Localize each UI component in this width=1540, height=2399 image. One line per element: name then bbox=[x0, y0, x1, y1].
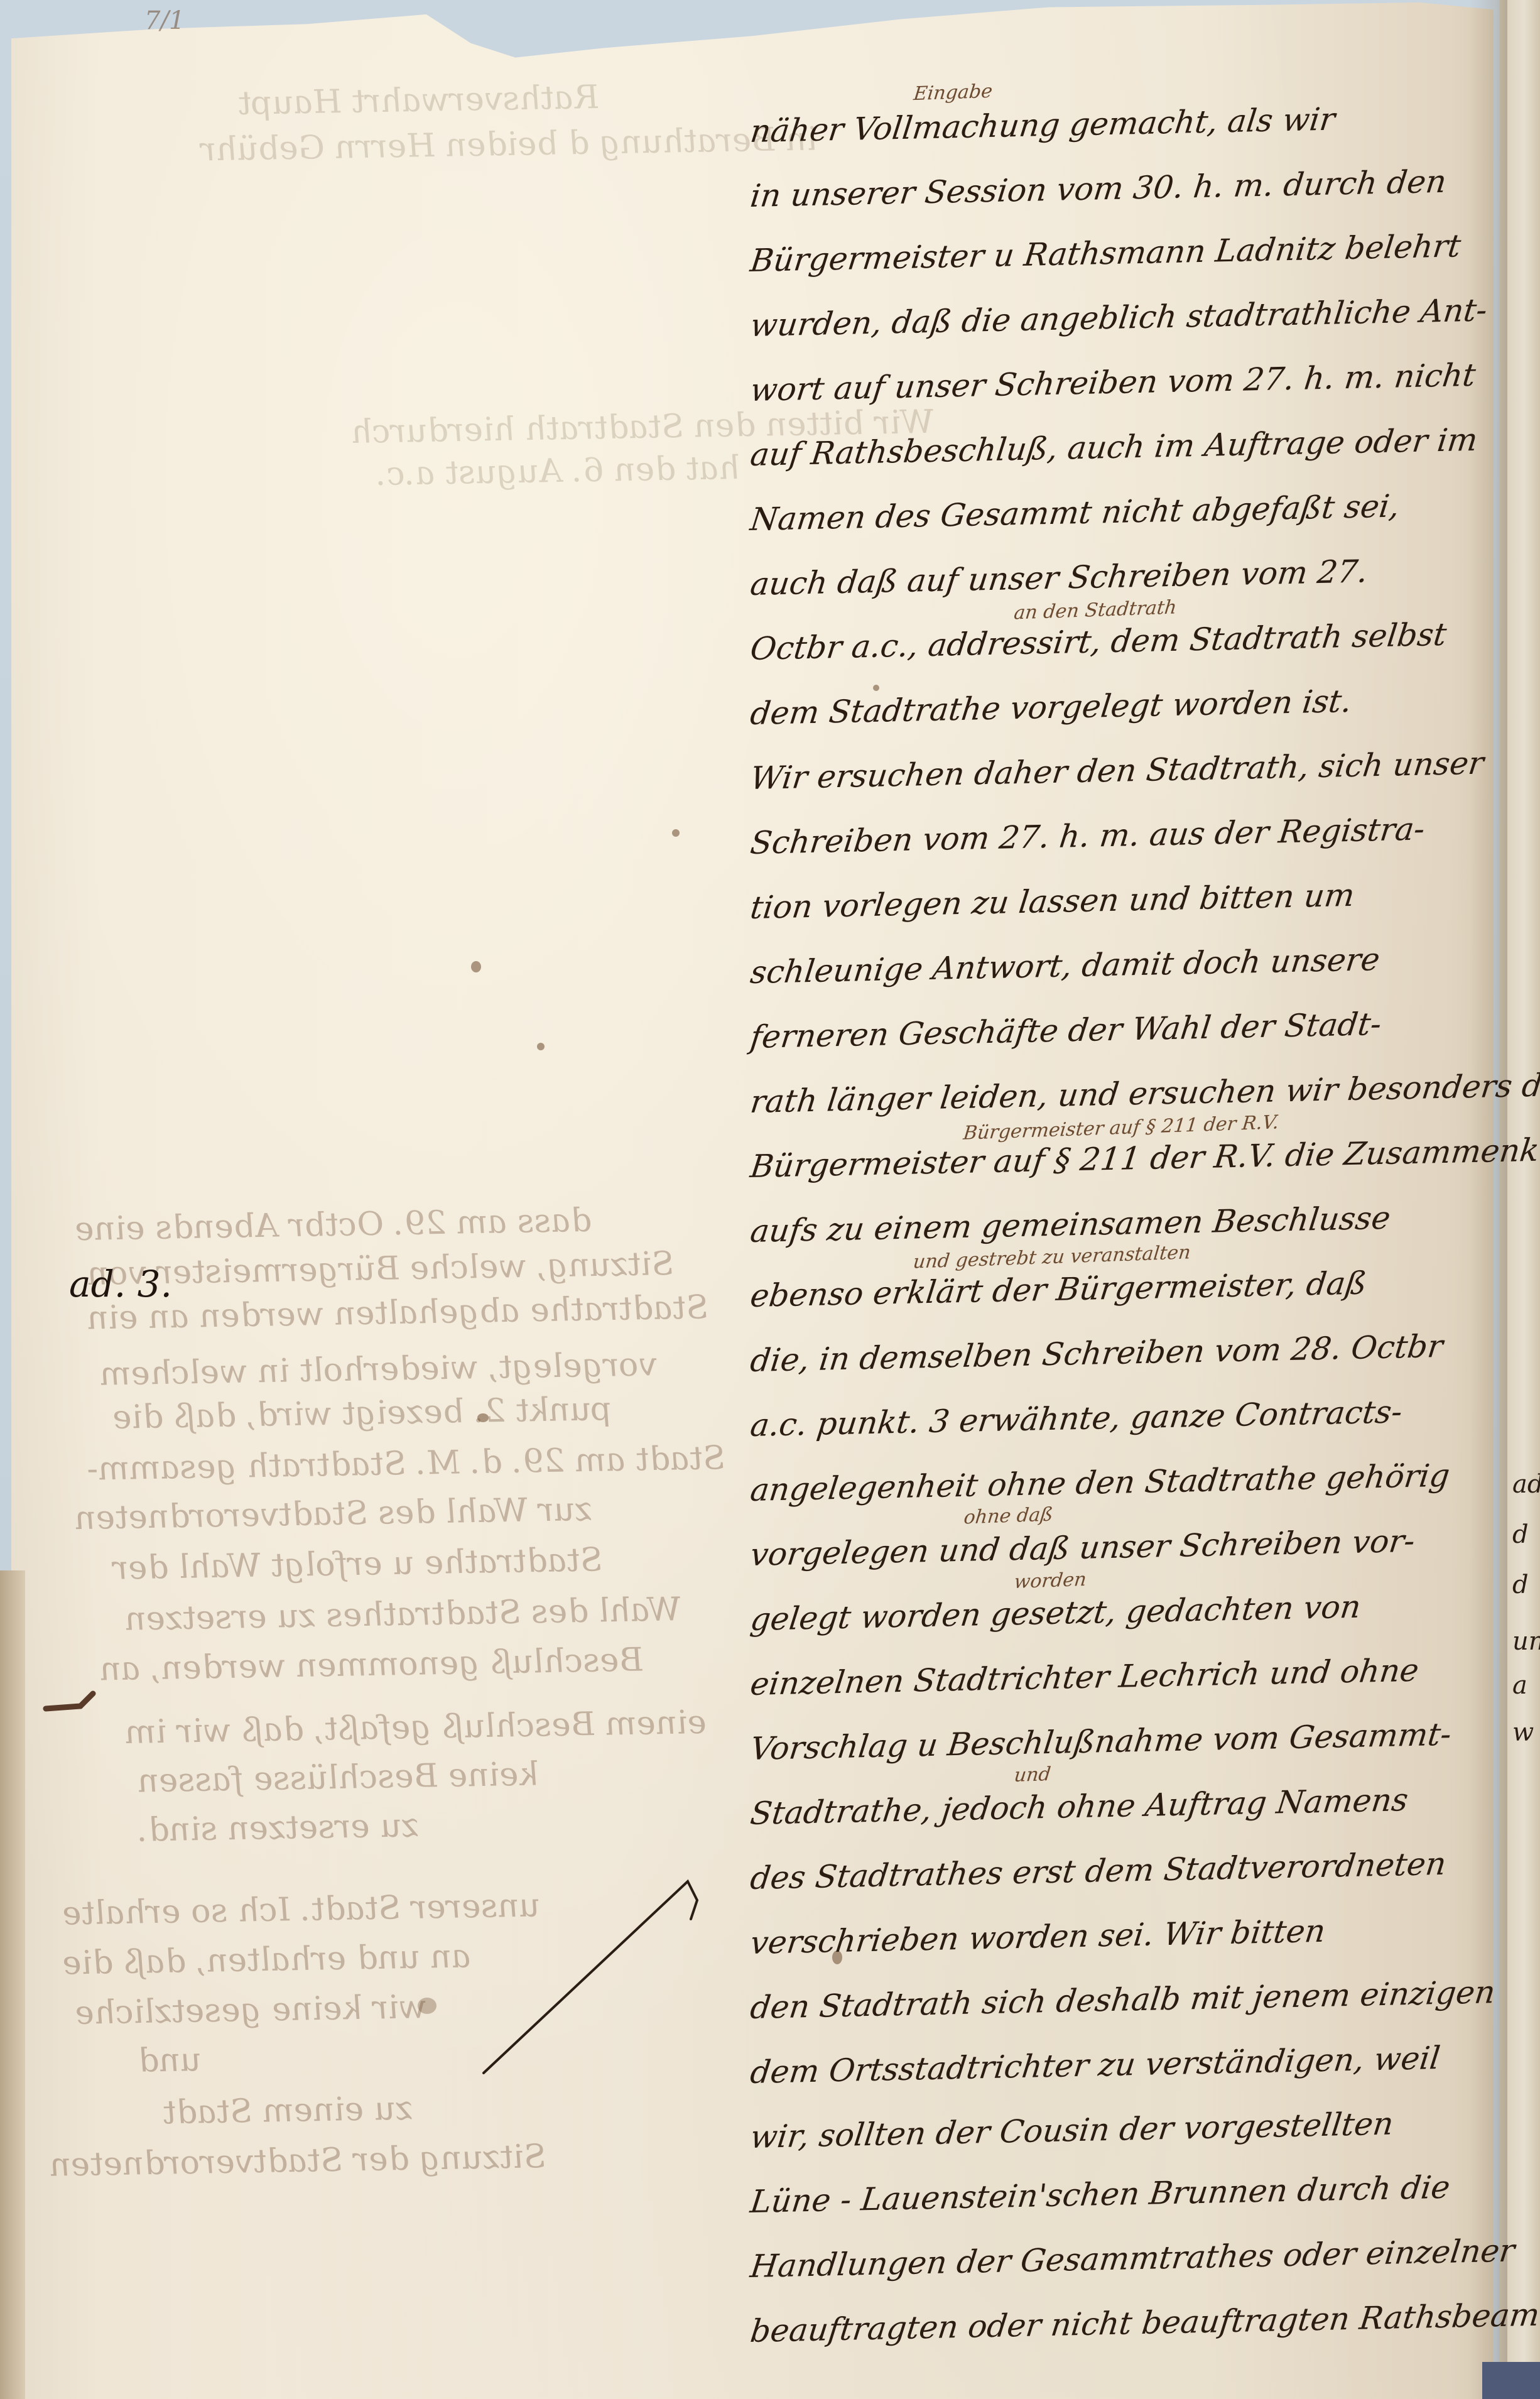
ink-stain bbox=[477, 1413, 489, 1422]
photo-scene: 7/1 Rathsverwahrt Hauptin Berathung d be… bbox=[0, 0, 1540, 2399]
interlinear-insertion: ohne daß bbox=[963, 1504, 1054, 1529]
interlinear-insertion: Eingabe bbox=[913, 80, 994, 105]
ink-stain bbox=[537, 1043, 545, 1050]
margin-label-ad-3: ad. 3. bbox=[69, 1263, 172, 1305]
adjacent-page-fragment: ad bbox=[1512, 1470, 1540, 1499]
annotation-pointer-line bbox=[477, 1853, 703, 2079]
bleed-through-line: wir keine gesetzliche bbox=[73, 1988, 429, 2032]
checkmark-icon bbox=[43, 1690, 99, 1715]
page-number-mark: 7/1 bbox=[144, 6, 185, 35]
adjacent-page-fragment: un bbox=[1512, 1627, 1540, 1656]
page-edge bbox=[0, 1570, 25, 2399]
bleed-through-line: keine Beschlüsse fassen bbox=[136, 1755, 541, 1800]
interlinear-insertion: und bbox=[1013, 1763, 1052, 1787]
bleed-through-line: an und erhalten, daß die bbox=[60, 1937, 474, 1982]
adjacent-page-fragment: a bbox=[1512, 1671, 1527, 1700]
ink-stain bbox=[418, 1998, 437, 2014]
book-cover-corner bbox=[1482, 2362, 1540, 2399]
adjacent-page-fragment: w bbox=[1512, 1718, 1534, 1747]
interlinear-insertion: worden bbox=[1013, 1569, 1088, 1593]
bleed-through-line: zu einem Stadt bbox=[161, 2090, 415, 2132]
bleed-through-line: und bbox=[136, 2041, 203, 2080]
adjacent-page-fragment: d bbox=[1512, 1570, 1529, 1599]
adjacent-page-fragment: d bbox=[1512, 1520, 1529, 1549]
ink-stain bbox=[471, 961, 481, 972]
bleed-through-line: zu ersetzen sind. bbox=[136, 1807, 421, 1849]
bleed-through-line: Rathsverwahrt Haupt bbox=[236, 79, 601, 122]
ink-stain bbox=[672, 829, 680, 837]
bleed-through-line: hat den 6. August a.c. bbox=[374, 449, 742, 493]
